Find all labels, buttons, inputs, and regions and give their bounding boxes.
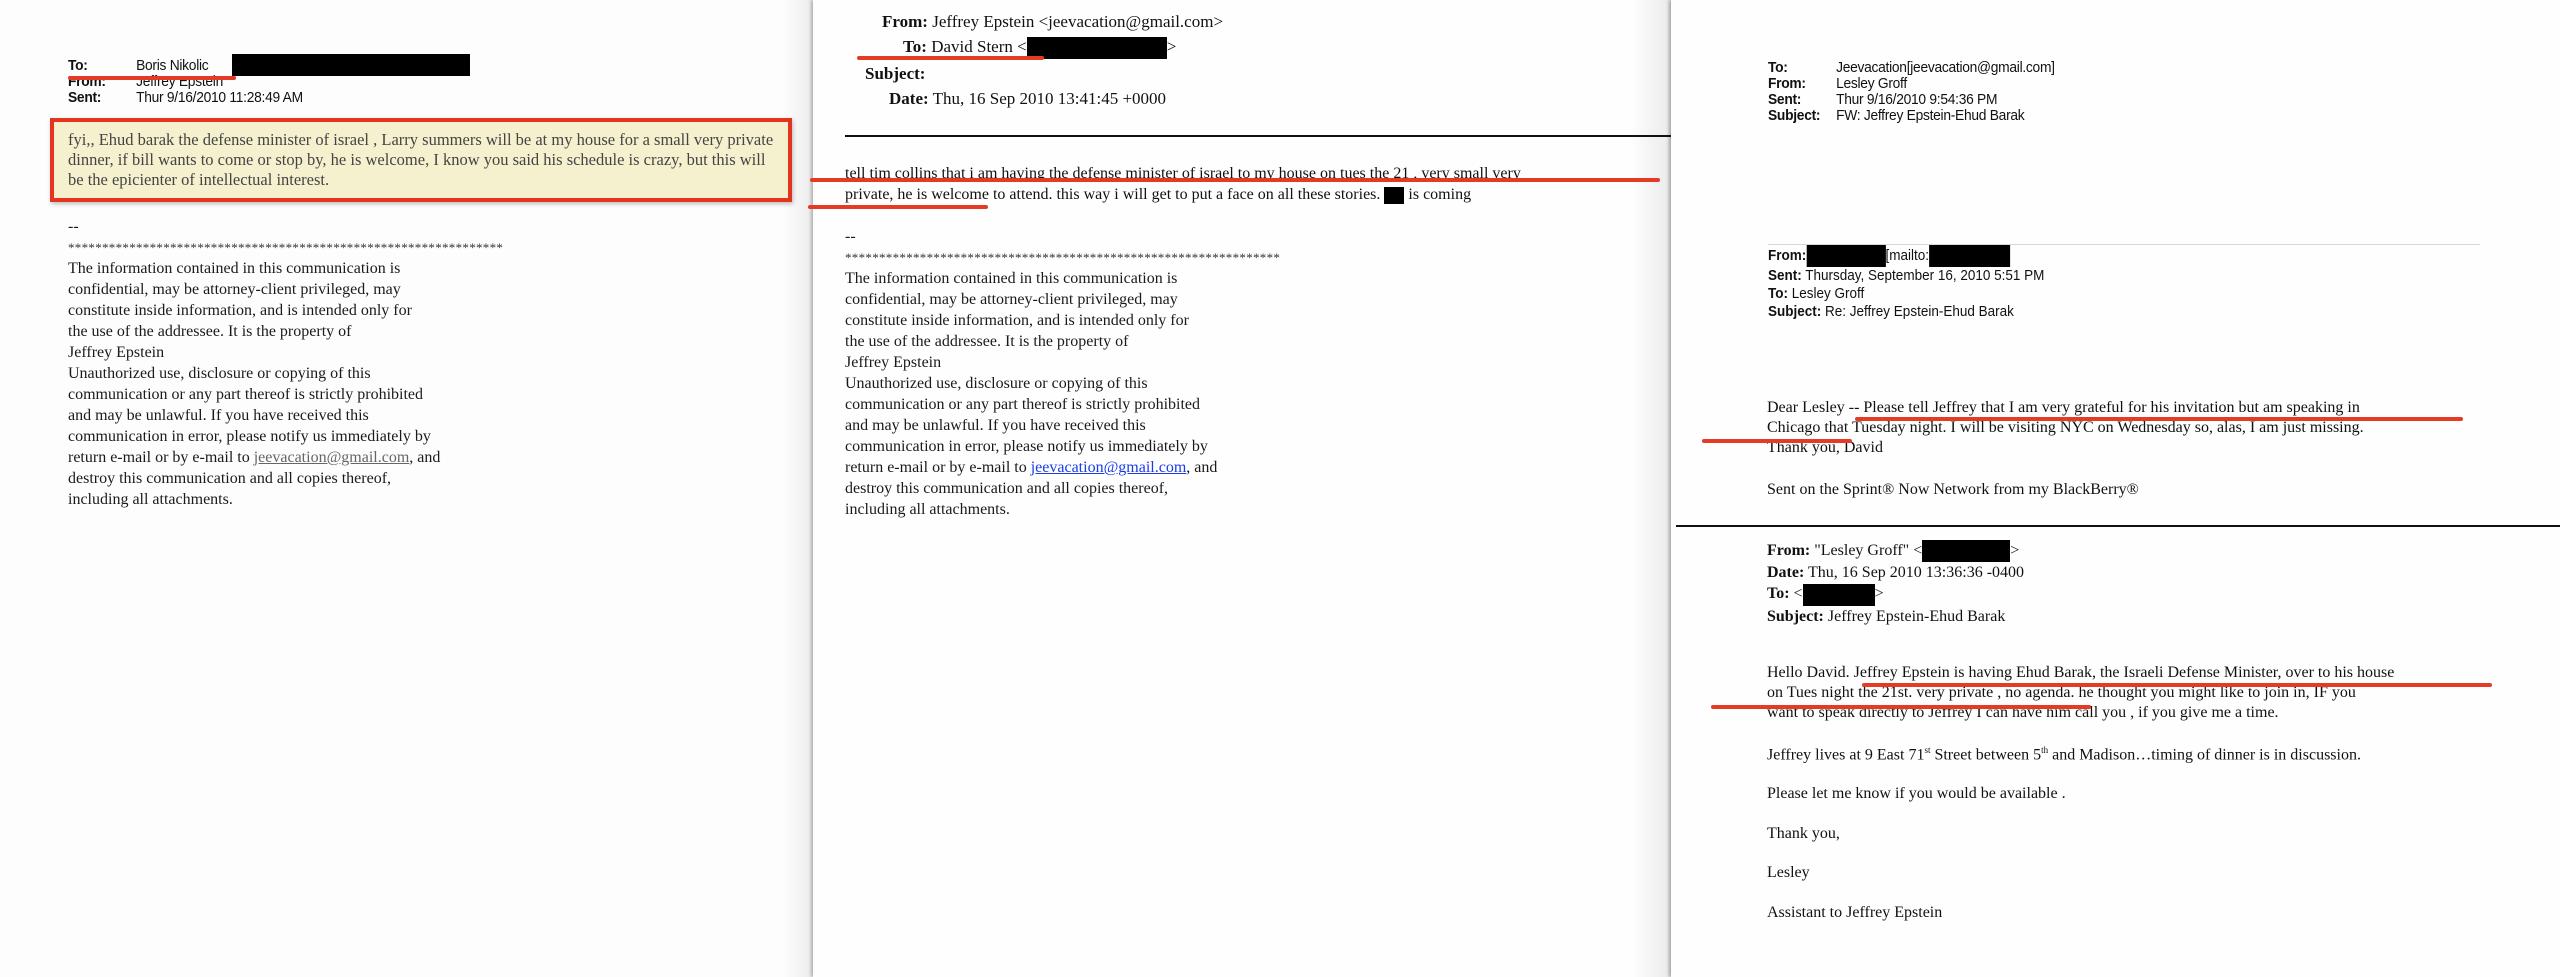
disclaimer-line: return e-mail or by e-mail to jeevacatio… <box>845 457 1280 478</box>
disclaimer-line: The information contained in this commun… <box>68 258 503 279</box>
sent-value: Thursday, September 16, 2010 5:51 PM <box>1805 267 2044 284</box>
original-header: From: "Lesley Groff" <> Date: Thu, 16 Se… <box>1767 540 2024 627</box>
disclaimer-line: and may be unlawful. If you have receive… <box>68 405 503 426</box>
disclaimer-line: confidential, may be attorney-client pri… <box>845 289 1280 310</box>
address-text: Street between 5 <box>1930 746 2041 763</box>
to-value: Lesley Groff <box>1792 285 1865 302</box>
body-line: Hello David. Jeffrey Epstein is having E… <box>1767 663 2394 683</box>
sig-dashes: -- <box>845 226 1280 247</box>
mailto-text: [mailto: <box>1885 247 1929 264</box>
address-text: and Madison…timing of dinner is in discu… <box>2048 746 2361 763</box>
message-divider <box>1676 525 2560 527</box>
from-label: From: <box>1767 542 1810 559</box>
date-value: Thu, 16 Sep 2010 13:36:36 -0400 <box>1808 564 2024 581</box>
disclaimer-line: communication or any part thereof is str… <box>68 384 503 405</box>
disclaimer-line: Unauthorized use, disclosure or copying … <box>68 363 503 384</box>
signer-title: Assistant to Jeffrey Epstein <box>1767 904 1942 922</box>
date-value: Thu, 16 Sep 2010 13:41:45 +0000 <box>933 89 1166 108</box>
disclaimer-line: including all attachments. <box>68 489 503 510</box>
to-label: To: <box>68 58 136 74</box>
sent-value: Thur 9/16/2010 11:28:49 AM <box>136 89 303 106</box>
header-divider <box>845 135 1671 137</box>
from-value: "Lesley Groff" < <box>1814 542 1922 559</box>
to-suffix: > <box>1167 37 1177 56</box>
annotation-underline <box>1711 705 2091 709</box>
disclaimer-line: communication or any part thereof is str… <box>845 394 1280 415</box>
blackberry-signature: Sent on the Sprint® Now Network from my … <box>1767 481 2139 499</box>
annotation-underline <box>857 56 1044 60</box>
from-label: From: <box>1768 247 1806 264</box>
sig-stars: ****************************************… <box>845 247 1280 268</box>
disclaimer-line: The information contained in this commun… <box>845 268 1280 289</box>
disclaimer-text: , and <box>1186 459 1217 476</box>
sent-label: Sent: <box>1768 267 1802 284</box>
original-body: Hello David. Jeffrey Epstein is having E… <box>1767 663 2394 723</box>
subject-label: Subject: <box>1767 608 1824 625</box>
signer-name: Lesley <box>1767 864 1810 882</box>
highlighted-message-body: fyi,, Ehud barak the defense minister of… <box>50 118 792 202</box>
reply-body: Dear Lesley -- Please tell Jeffrey that … <box>1767 398 2364 458</box>
message-body: tell tim collins that i am having the de… <box>845 163 1521 205</box>
body-line: Chicago that Tuesday night. I will be vi… <box>1767 418 2364 438</box>
subject-value: Jeffrey Epstein-Ehud Barak <box>1828 608 2005 625</box>
to-value: Boris Nikolic <box>136 57 208 74</box>
redaction-bar <box>1929 245 2010 267</box>
date-label: Date: <box>1767 564 1804 581</box>
to-value: Jeevacation[jeevacation@gmail.com] <box>1836 59 2055 76</box>
to-label: To: <box>903 37 927 56</box>
sig-dashes: -- <box>68 216 503 237</box>
sig-stars: ****************************************… <box>68 237 503 258</box>
from-value: Lesley Groff <box>1836 75 1907 92</box>
thanks-line: Thank you, <box>1767 825 1840 843</box>
reply-header: From:[mailto: Sent: Thursday, September … <box>1768 245 2044 321</box>
date-label: Date: <box>889 89 929 108</box>
address-text: Jeffrey lives at 9 East 71 <box>1767 746 1924 763</box>
from-row: From: Jeffrey Epstein <jeevacation@gmail… <box>882 11 1223 32</box>
disclaimer-line: the use of the addressee. It is the prop… <box>68 321 503 342</box>
body-text: private, he is welcome to attend. this w… <box>845 186 1380 203</box>
to-value: < <box>1794 585 1803 602</box>
redaction-bar <box>232 54 470 76</box>
availability-line: Please let me know if you would be avail… <box>1767 785 2066 803</box>
sent-value: Thur 9/16/2010 9:54:36 PM <box>1836 91 1997 108</box>
annotation-underline <box>810 178 1660 182</box>
to-value: David Stern < <box>931 37 1027 56</box>
email-panel-boris: To:Boris Nikolic From:Jeffrey Epstein Se… <box>0 0 813 977</box>
annotation-underline <box>68 76 236 80</box>
disclaimer-line: constitute inside information, and is in… <box>845 310 1280 331</box>
disclaimer-line: communication in error, please notify us… <box>68 426 503 447</box>
annotation-underline <box>808 205 988 209</box>
from-value: Jeffrey Epstein <jeevacation@gmail.com> <box>932 12 1223 31</box>
disclaimer-line: confidential, may be attorney-client pri… <box>68 279 503 300</box>
email-link[interactable]: jeevacation@gmail.com <box>1031 459 1187 476</box>
date-row: Date: Thu, 16 Sep 2010 13:41:45 +0000 <box>889 88 1166 109</box>
from-suffix: > <box>2010 542 2019 559</box>
subject-label: Subject: <box>1768 303 1821 320</box>
message-body: fyi,, Ehud barak the defense minister of… <box>68 130 773 189</box>
subject-value: FW: Jeffrey Epstein-Ehud Barak <box>1836 107 2024 124</box>
to-label: To: <box>1768 60 1836 76</box>
to-label: To: <box>1768 285 1788 302</box>
email-header: To:Jeevacation[jeevacation@gmail.com] Fr… <box>1768 60 2055 124</box>
body-text: is coming <box>1404 186 1471 203</box>
annotation-underline <box>1862 683 2492 687</box>
from-label: From: <box>882 12 928 31</box>
disclaimer-line: Unauthorized use, disclosure or copying … <box>845 373 1280 394</box>
redaction-bar <box>1027 37 1167 59</box>
disclaimer-line: destroy this communication and all copie… <box>68 468 503 489</box>
disclaimer-line: Jeffrey Epstein <box>68 342 503 363</box>
annotation-underline <box>1702 439 1852 443</box>
disclaimer-line: communication in error, please notify us… <box>845 436 1280 457</box>
disclaimer: -- *************************************… <box>68 216 503 510</box>
disclaimer-line: including all attachments. <box>845 499 1280 520</box>
disclaimer: -- *************************************… <box>845 226 1280 520</box>
sent-label: Sent: <box>68 90 136 106</box>
disclaimer-text: return e-mail or by e-mail to <box>845 459 1031 476</box>
redaction-bar <box>1922 540 2010 562</box>
from-label: From: <box>1768 76 1836 92</box>
to-suffix: > <box>1875 585 1884 602</box>
subject-label: Subject: <box>1768 108 1836 124</box>
body-line: Thank you, David <box>1767 438 2364 458</box>
disclaimer-line: constitute inside information, and is in… <box>68 300 503 321</box>
subject-value: Re: Jeffrey Epstein-Ehud Barak <box>1825 303 2014 320</box>
disclaimer-line: Jeffrey Epstein <box>845 352 1280 373</box>
to-label: To: <box>1767 585 1790 602</box>
annotation-underline <box>1855 417 2463 421</box>
body-line: private, he is welcome to attend. this w… <box>845 184 1521 205</box>
sent-label: Sent: <box>1768 92 1836 108</box>
redaction-bar <box>1806 245 1885 267</box>
disclaimer-line: the use of the addressee. It is the prop… <box>845 331 1280 352</box>
disclaimer-line: return e-mail or by e-mail to jeevacatio… <box>68 447 503 468</box>
subject-row: Subject: <box>865 63 925 84</box>
redaction-bar <box>1803 584 1875 606</box>
disclaimer-line: destroy this communication and all copie… <box>845 478 1280 499</box>
disclaimer-text: , and <box>409 449 440 466</box>
subject-label: Subject: <box>865 64 925 83</box>
address-line: Jeffrey lives at 9 East 71st Street betw… <box>1767 745 2361 764</box>
body-line: Dear Lesley -- Please tell Jeffrey that … <box>1767 398 2364 418</box>
disclaimer-line: and may be unlawful. If you have receive… <box>845 415 1280 436</box>
redaction-bar <box>1384 187 1404 204</box>
email-link[interactable]: jeevacation@gmail.com <box>254 449 410 466</box>
disclaimer-text: return e-mail or by e-mail to <box>68 449 254 466</box>
